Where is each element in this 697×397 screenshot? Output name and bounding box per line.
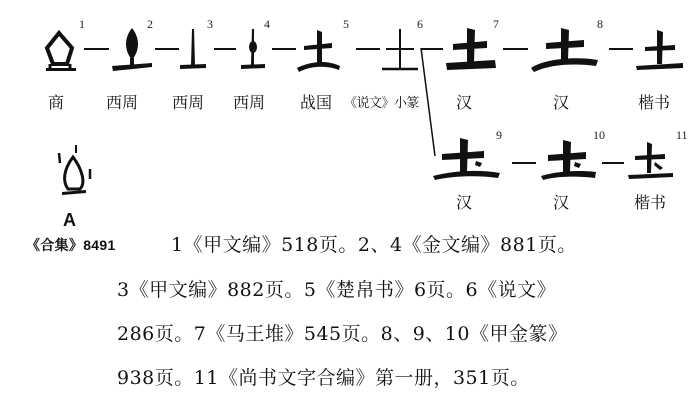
glyph-4-western-zhou-icon: [238, 27, 268, 72]
connector-dash: [356, 48, 380, 50]
connector-dash: [272, 48, 296, 50]
glyph-index: 2: [147, 18, 153, 30]
period-label: 西周: [233, 95, 265, 111]
connector-dash: [84, 48, 109, 50]
period-label: 《说文》小篆: [344, 97, 419, 110]
period-label: 商: [48, 95, 64, 111]
glyph-index: 9: [496, 129, 502, 141]
period-label: 西周: [172, 95, 204, 111]
connector-dash: [609, 48, 633, 50]
glyph-2-western-zhou-icon: [110, 26, 154, 72]
glyph-1-shang-icon: [42, 30, 78, 72]
glyph-index: 4: [264, 18, 270, 30]
period-label: 楷书: [638, 95, 670, 111]
citation-line-4: 938页。11《尚书文字合编》第一册，351页。: [117, 369, 530, 388]
variant-source: 《合集》8491: [26, 238, 116, 252]
glyph-6-small-seal-icon: [380, 27, 420, 72]
glyph-3-western-zhou-icon: [178, 27, 208, 72]
glyph-5-warring-states-icon: [296, 28, 342, 72]
glyph-index: 10: [593, 129, 605, 141]
glyph-11-kaishu-icon: [627, 140, 675, 180]
glyph-9-han-icon: [432, 136, 502, 180]
period-label: 西周: [106, 95, 138, 111]
connector-dash: [155, 48, 179, 50]
citation-line-2: 3《甲文编》882页。5《楚帛书》6页。6《说文》: [117, 281, 556, 300]
connector-dash: [512, 162, 536, 164]
glyph-index: 7: [493, 18, 499, 30]
glyph-index: 5: [343, 18, 349, 30]
glyph-kaishu-icon: [635, 28, 685, 72]
connector-dash: [214, 48, 236, 50]
citation-line-3: 286页。7《马王堆》545页。8、9、10《甲金篆》: [117, 325, 567, 344]
period-label: 楷书: [634, 195, 666, 211]
glyph-8-han-icon: [530, 26, 600, 72]
connector-dash: [602, 162, 624, 164]
glyph-index: 6: [417, 18, 423, 30]
period-label: 汉: [553, 195, 569, 211]
variant-a-glyph-icon: [52, 143, 96, 199]
connector-dash: [503, 48, 528, 50]
citation-line-1: 1《甲文编》518页。2、4《金文编》881页。: [171, 236, 577, 255]
glyph-index: 1: [79, 18, 85, 30]
glyph-10-han-icon: [540, 138, 598, 180]
period-label: 汉: [553, 95, 569, 111]
glyph-7-han-icon: [445, 26, 497, 72]
variant-label: A: [63, 211, 76, 229]
period-label: 战国: [300, 95, 332, 111]
glyph-index: 8: [597, 18, 603, 30]
period-label: 汉: [456, 95, 472, 111]
period-label: 汉: [456, 195, 472, 211]
glyph-index: 11: [676, 129, 688, 141]
glyph-index: 3: [207, 18, 213, 30]
